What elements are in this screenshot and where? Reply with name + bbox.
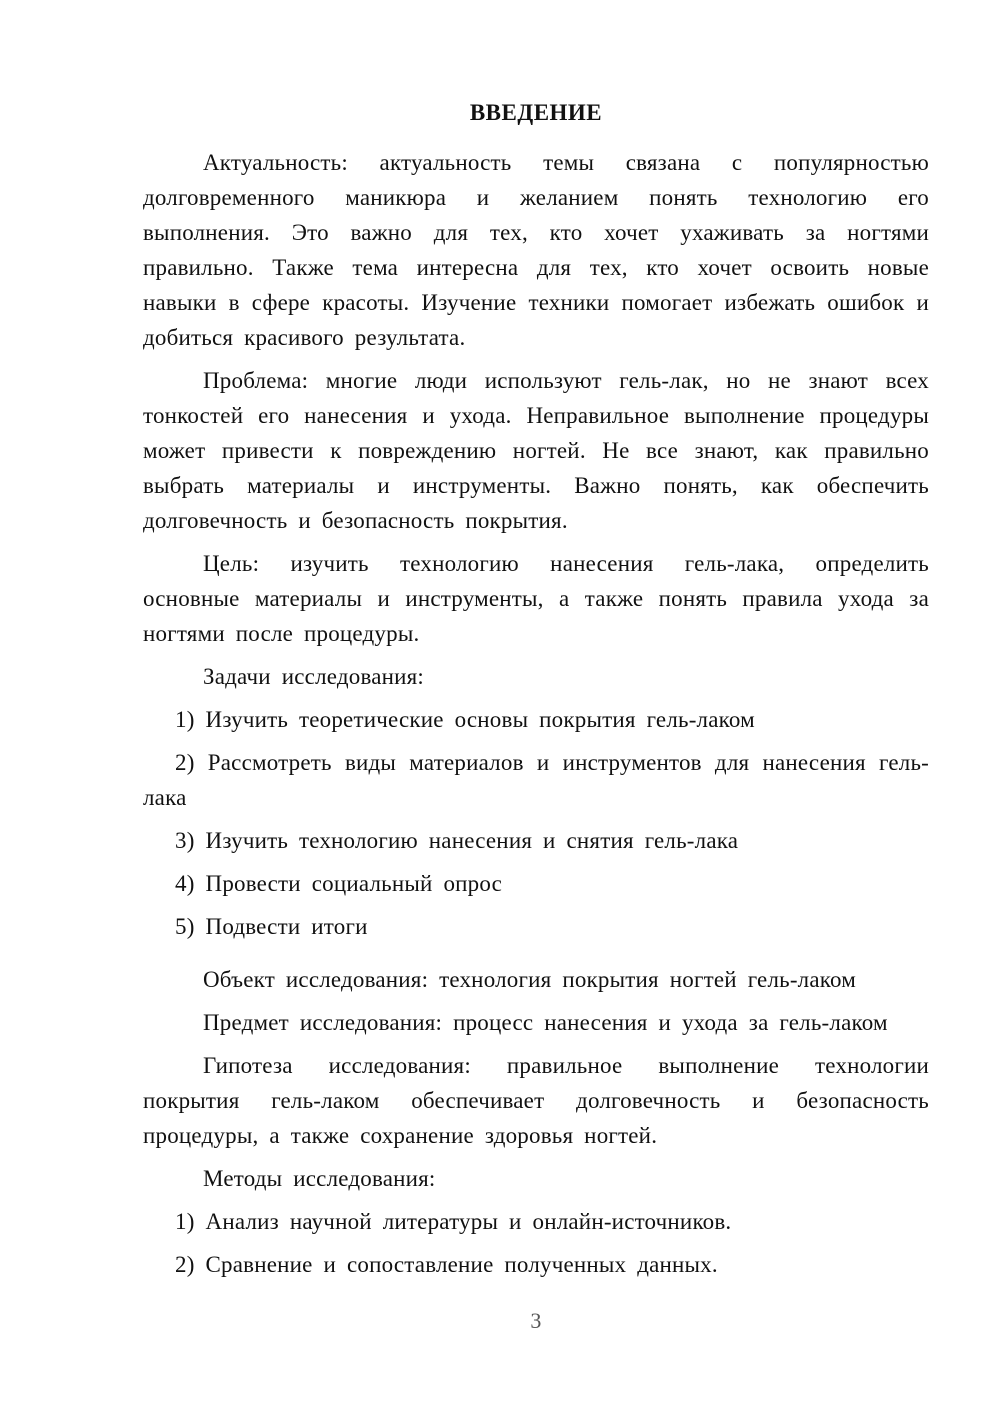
paragraph-problema: Проблема: многие люди используют гель-ла… bbox=[143, 363, 929, 538]
methods-heading: Методы исследования: bbox=[143, 1161, 929, 1196]
tasks-heading: Задачи исследования: bbox=[143, 659, 929, 694]
task-item-3: 3) Изучить технологию нанесения и снятия… bbox=[143, 823, 929, 858]
paragraph-gipoteza: Гипотеза исследования: правильное выполн… bbox=[143, 1048, 929, 1153]
paragraph-tsel: Цель: изучить технологию нанесения гель-… bbox=[143, 546, 929, 651]
task-item-4: 4) Провести социальный опрос bbox=[143, 866, 929, 901]
task-item-2: 2) Рассмотреть виды материалов и инструм… bbox=[143, 745, 929, 815]
paragraph-aktualnost: Актуальность: актуальность темы связана … bbox=[143, 145, 929, 355]
task-item-1: 1) Изучить теоретические основы покрытия… bbox=[143, 702, 929, 737]
paragraph-obekt: Объект исследования: технология покрытия… bbox=[143, 962, 929, 997]
method-item-1: 1) Анализ научной литературы и онлайн-ис… bbox=[143, 1204, 929, 1239]
paragraph-predmet: Предмет исследования: процесс нанесения … bbox=[143, 1005, 929, 1040]
page-title: ВВЕДЕНИЕ bbox=[143, 95, 929, 130]
page-number: 3 bbox=[143, 1306, 929, 1336]
task-item-5: 5) Подвести итоги bbox=[143, 909, 929, 944]
method-item-2: 2) Сравнение и сопоставление полученных … bbox=[143, 1247, 929, 1282]
document-page: ВВЕДЕНИЕ Актуальность: актуальность темы… bbox=[0, 0, 1000, 1414]
